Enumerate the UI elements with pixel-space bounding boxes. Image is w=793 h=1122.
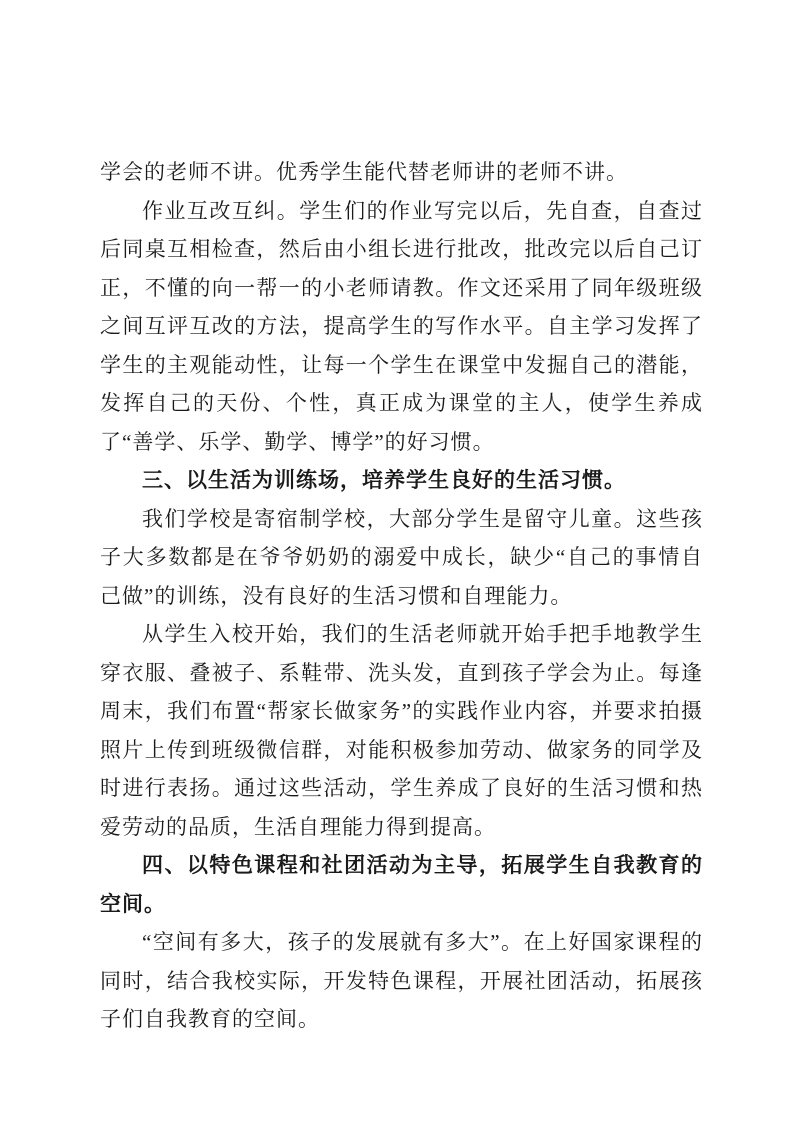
paragraph-special-courses: “空间有多大，孩子的发展就有多大”。在上好国家课程的同时，结合我校实际，开发特色… — [100, 923, 703, 1039]
section-heading-three: 三、以生活为训练场，培养学生良好的生活习惯。 — [100, 461, 703, 500]
document-text-block: 学会的老师不讲。优秀学生能代替老师讲的老师不讲。 作业互改互纠。学生们的作业写完… — [100, 153, 703, 1039]
paragraph-homework-peer-review: 作业互改互纠。学生们的作业写完以后，先自查，自查过后同桌互相检查，然后由小组长进… — [100, 192, 703, 462]
paragraph-boarding-school: 我们学校是寄宿制学校，大部分学生是留守儿童。这些孩子大多数都是在爷爷奶奶的溺爱中… — [100, 500, 703, 616]
paragraph-life-skills-training: 从学生入校开始，我们的生活老师就开始手把手地教学生穿衣服、叠被子、系鞋带、洗头发… — [100, 615, 703, 846]
section-heading-four: 四、以特色课程和社团活动为主导，拓展学生自我教育的空间。 — [100, 846, 703, 923]
document-page: 学会的老师不讲。优秀学生能代替老师讲的老师不讲。 作业互改互纠。学生们的作业写完… — [0, 0, 793, 1122]
paragraph-continuation: 学会的老师不讲。优秀学生能代替老师讲的老师不讲。 — [100, 153, 703, 192]
